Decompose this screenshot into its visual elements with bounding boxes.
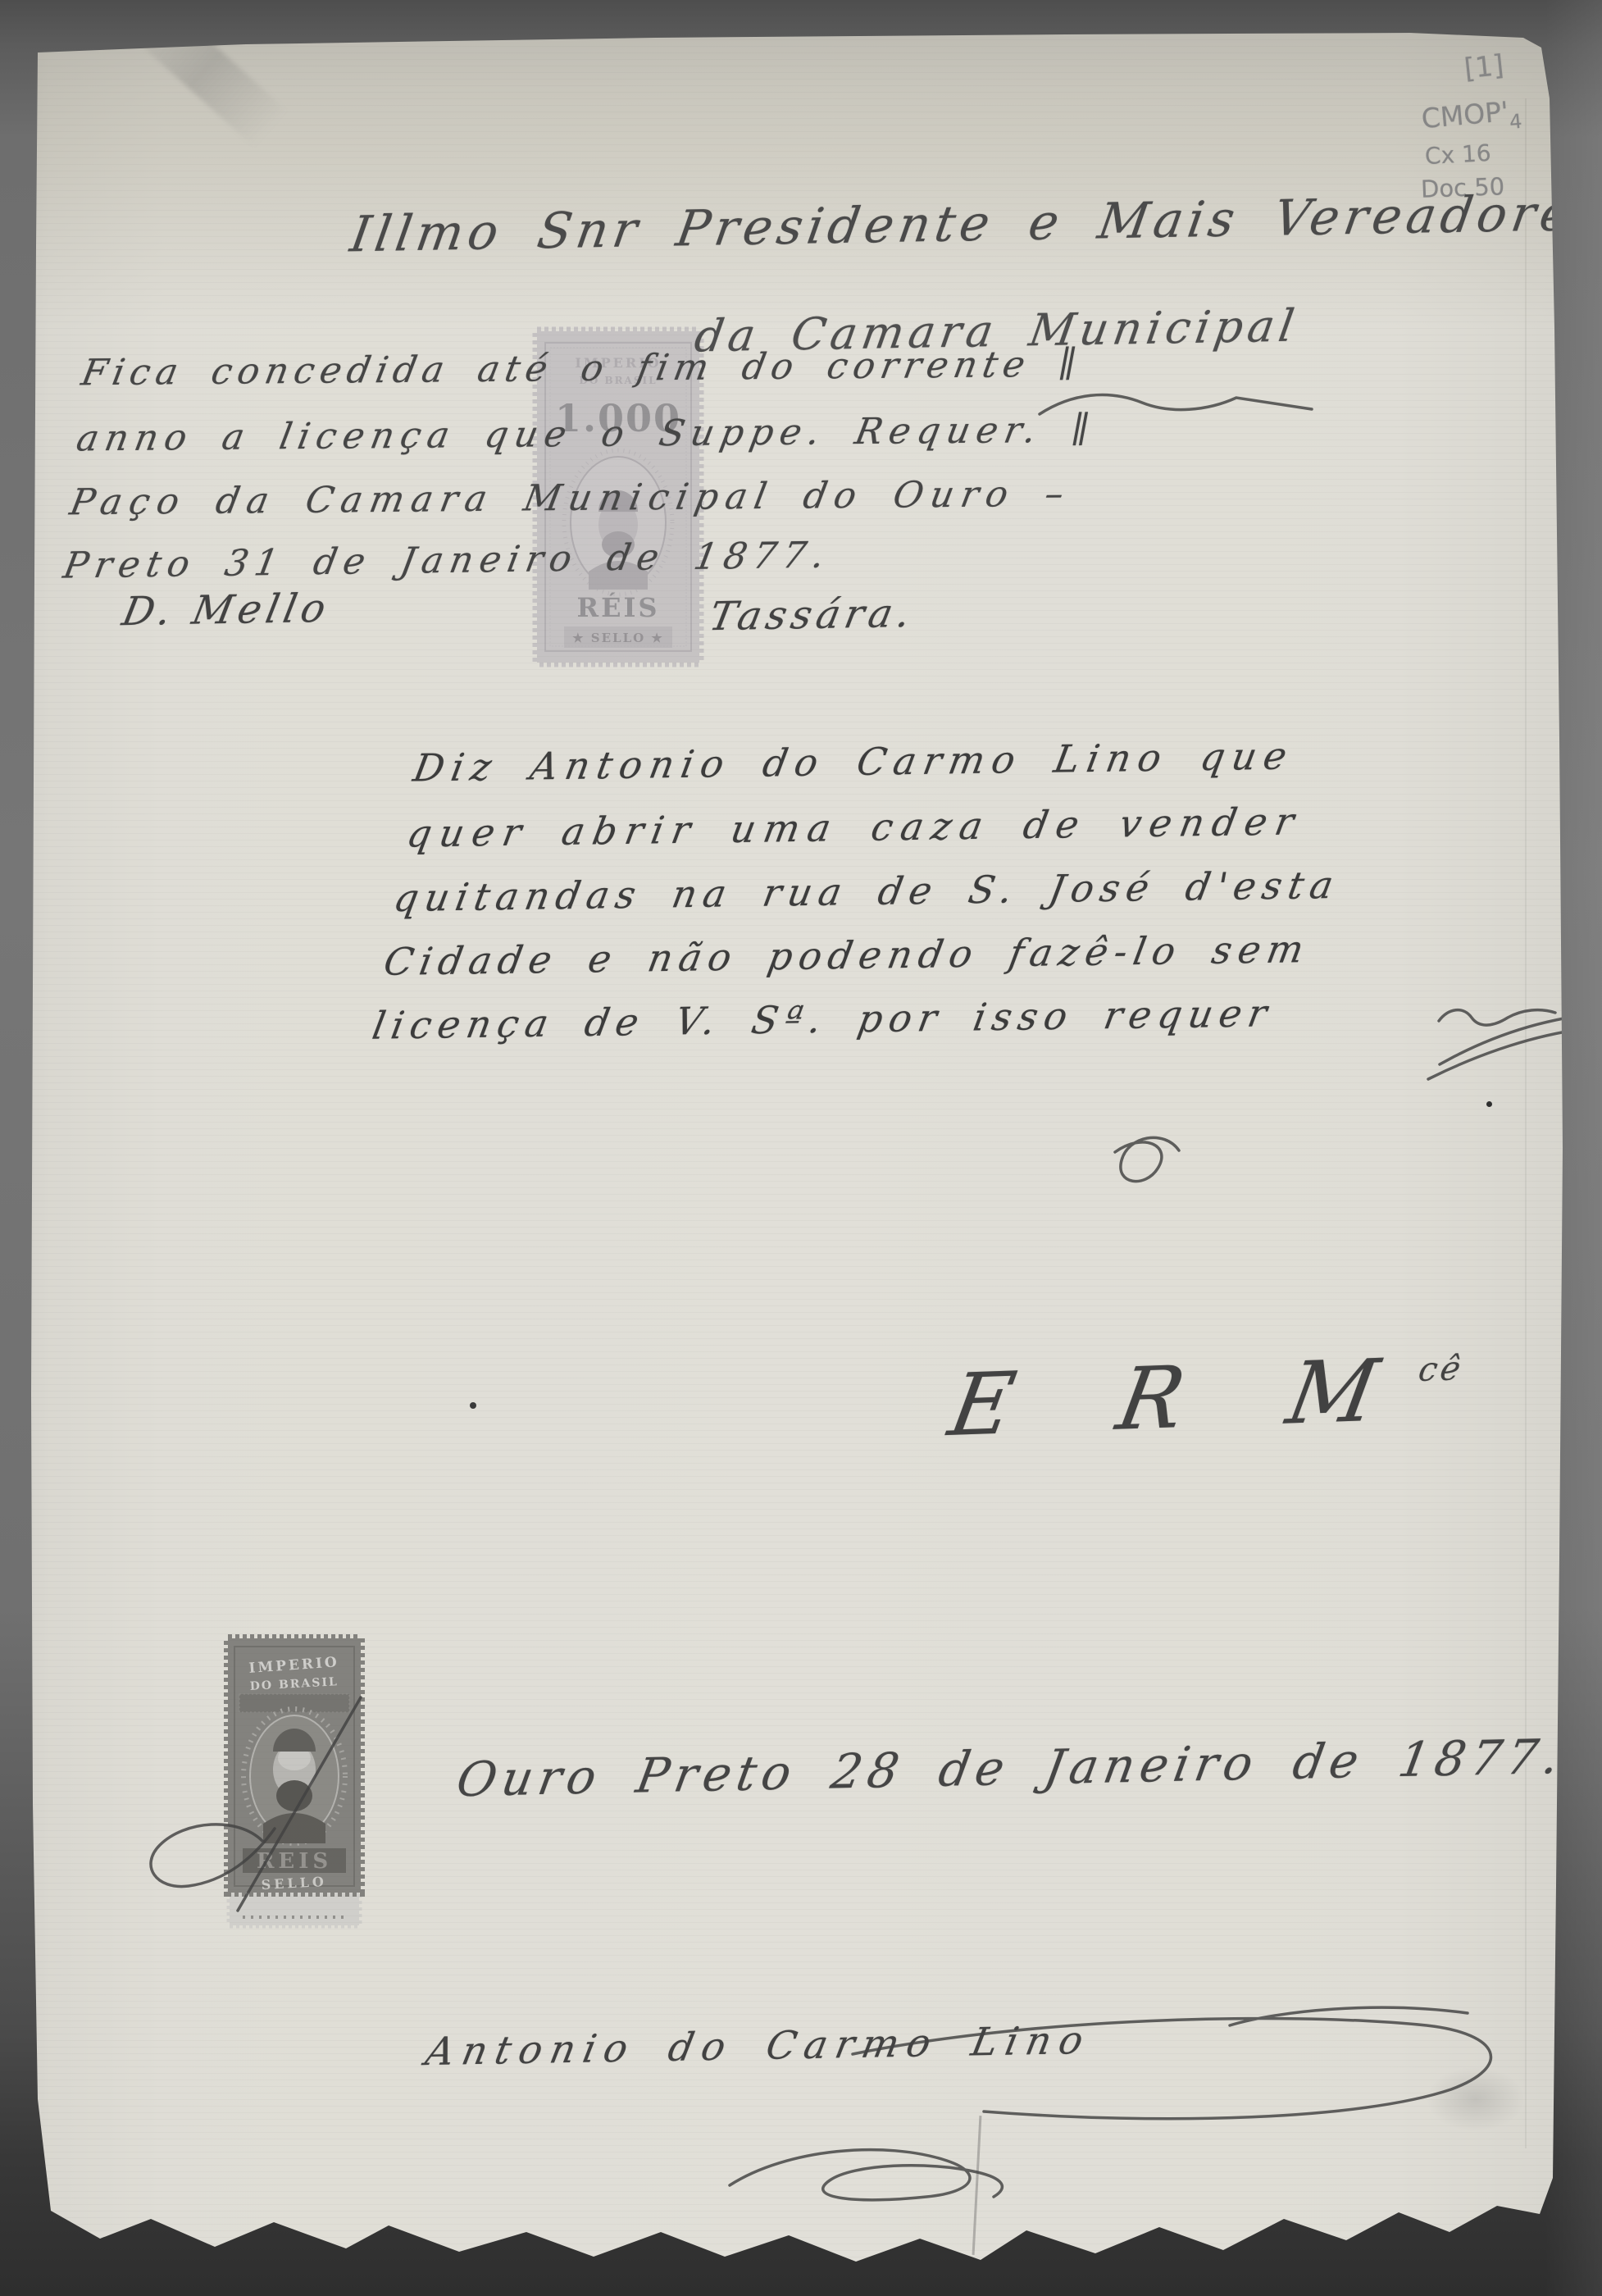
signature-rubric-flourish <box>730 2150 1002 2200</box>
document-page: IMPERIO DO BRASIL 1.000 RÉIS ★ SELLO ★ I… <box>0 0 1602 2296</box>
fond-number: 4 <box>1509 110 1523 134</box>
despacho-line-3: Paço da Camara Municipal do Ouro – <box>66 473 1074 524</box>
petition-loop-flourish <box>1115 1137 1179 1181</box>
heading-line-1: Illmo Snr Presidente e Mais Vereadores <box>347 184 1602 264</box>
despacho-line-4: Preto 31 de Janeiro de 1877. <box>60 534 834 586</box>
despacho-line-1: Fica concedida até o fim do corrente ∥ <box>78 344 1085 394</box>
archival-annotation-box: Cx 16 <box>1424 139 1491 170</box>
petition-line-4: Cidade e não podendo fazê-lo sem <box>380 927 1313 984</box>
stamp-currency: REIS <box>257 1849 332 1874</box>
archival-annotation-fond: CMOP'4 <box>1420 94 1522 141</box>
petition-line-5: licença de V. Sª. por isso requer <box>369 991 1277 1047</box>
petition-line3-flourish <box>1428 1010 1584 1079</box>
stamp-selvage <box>230 1893 359 1925</box>
petitioner-signature: Antonio do Carmo Lino <box>422 2018 1095 2075</box>
ink-speck <box>470 1402 476 1409</box>
petition-line-1: Diz Antonio do Carmo Lino que <box>410 733 1298 790</box>
archival-annotation-item: [1] <box>1463 49 1505 86</box>
paper-smudge <box>121 0 289 148</box>
paper-smudge <box>1427 2066 1525 2132</box>
closing-superscript: cê <box>1416 1350 1467 1389</box>
paper-crease <box>972 2116 982 2255</box>
despacho-signature-right: Tassára. <box>706 590 919 640</box>
revenue-stamp-lower: IMPERIO DO BRASIL REIS SELLO <box>218 1629 371 1934</box>
despacho-line-2: anno a licença que o Suppe. Requer. ∥ <box>73 409 1099 460</box>
petition-line-2: quer abrir uma caza de vender <box>403 799 1305 855</box>
closing-formula: E R Mcê <box>942 1337 1468 1456</box>
scanned-document: IMPERIO DO BRASIL 1.000 RÉIS ★ SELLO ★ I… <box>0 0 1602 2296</box>
stamp-sello-banner: ★ SELLO ★ <box>572 631 664 645</box>
petition-line-3: quitandas na rua de S. José d'esta <box>390 863 1343 920</box>
stamp-currency: RÉIS <box>576 592 659 623</box>
ink-speck <box>1486 1101 1492 1107</box>
fond-label: CMOP' <box>1420 95 1509 134</box>
dateline: Ouro Preto 28 de Janeiro de 1877. <box>453 1729 1568 1808</box>
paper-crease <box>1525 98 1527 2148</box>
closing-main: E R M <box>942 1339 1424 1456</box>
despacho-signature-left: D. Mello <box>119 585 335 635</box>
